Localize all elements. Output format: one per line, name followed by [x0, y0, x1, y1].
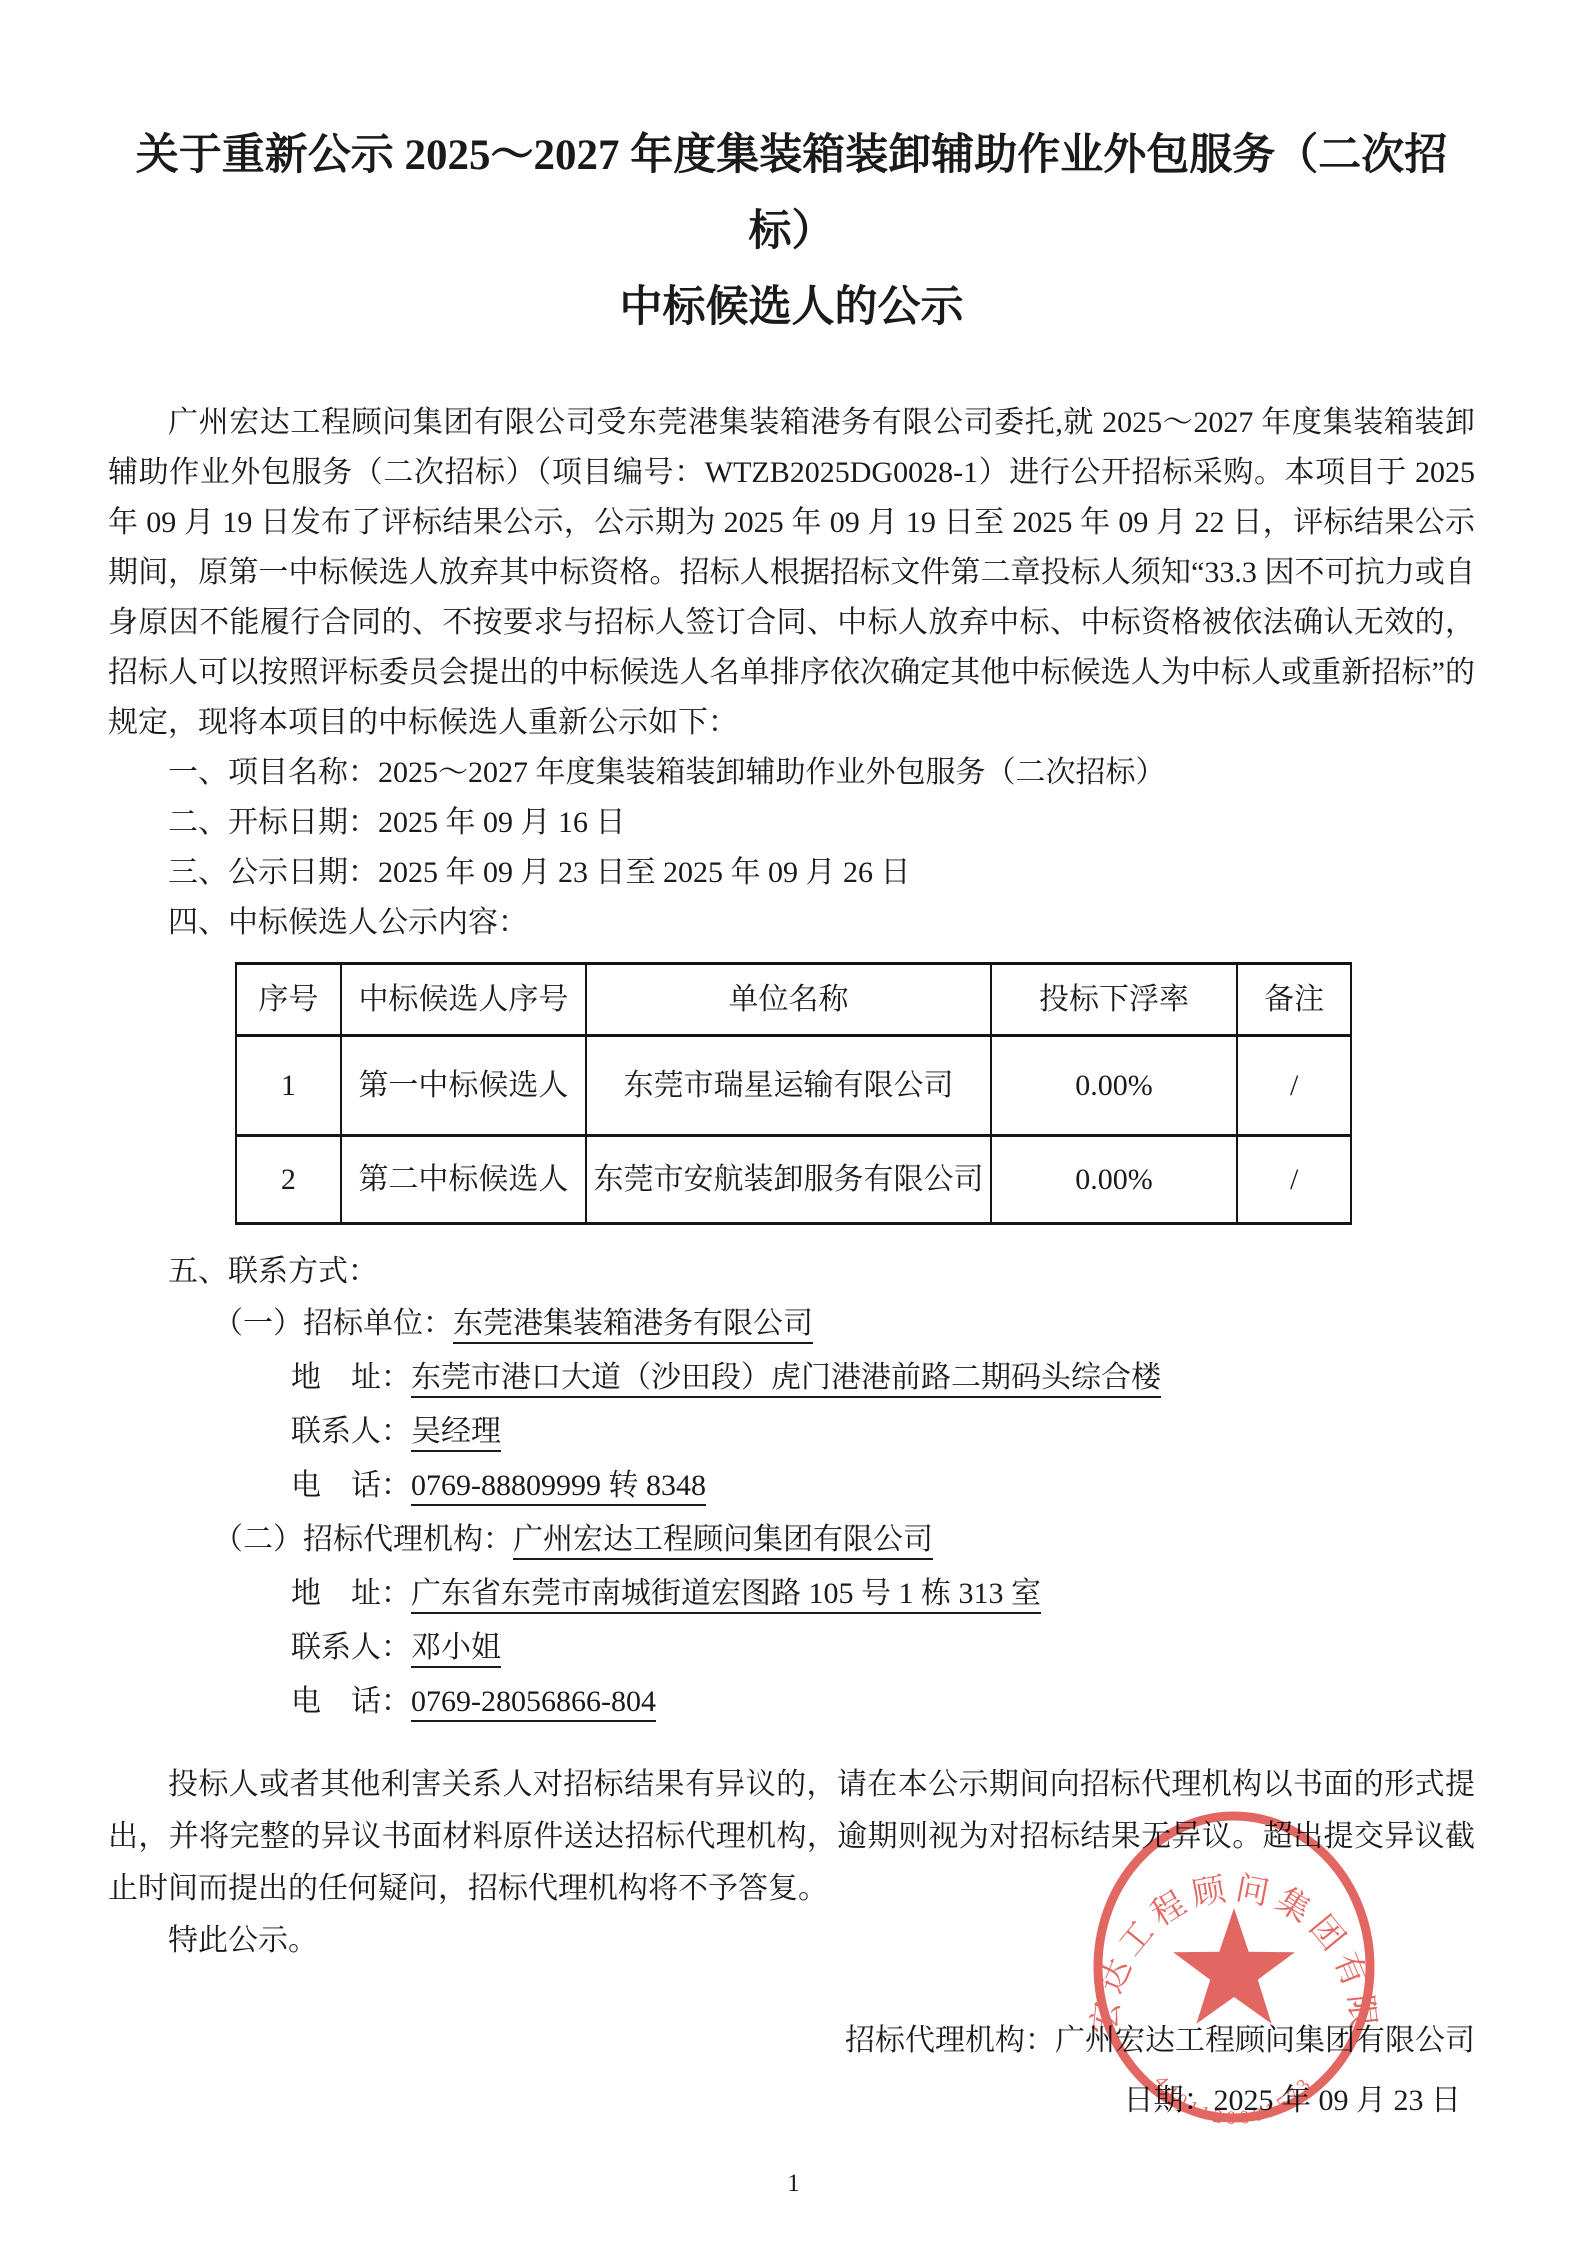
tenderer-person-line: 联系人：吴经理: [108, 1405, 1475, 1459]
candidates-table: 序号 中标候选人序号 单位名称 投标下浮率 备注 1 第一中标候选人 东莞市瑞星…: [235, 962, 1352, 1225]
tenderer-name: 东莞港集装箱港务有限公司: [453, 1307, 813, 1344]
tenderer-phone-line: 电 话：0769-88809999 转 8348: [108, 1459, 1475, 1513]
page-number: 1: [0, 2169, 1587, 2199]
agency-label: （二）招标代理机构：: [213, 1523, 513, 1556]
address-label: 地 址：: [291, 1577, 411, 1610]
agency-name: 广州宏达工程顾问集团有限公司: [513, 1523, 933, 1560]
signature-agency-line: 招标代理机构：广州宏达工程顾问集团有限公司: [108, 2011, 1475, 2071]
announcement-document: 关于重新公示 2025～2027 年度集装箱装卸辅助作业外包服务（二次招标） 中…: [0, 0, 1587, 2245]
cell-discount-rate: 0.00%: [991, 1036, 1237, 1136]
col-header-seq: 序号: [236, 964, 341, 1036]
agency-phone-line: 电 话：0769-28056866-804: [108, 1675, 1475, 1729]
agency-person-line: 联系人：邓小姐: [108, 1621, 1475, 1675]
intro-paragraph: 广州宏达工程顾问集团有限公司受东莞港集装箱港务有限公司委托,就 2025～202…: [108, 398, 1475, 748]
list-item-project-name: 一、项目名称：2025～2027 年度集装箱装卸辅助作业外包服务（二次招标）: [168, 748, 1475, 798]
tenderer-phone: 0769-88809999 转 8348: [411, 1469, 706, 1506]
address-label: 地 址：: [291, 1361, 411, 1394]
tenderer-person: 吴经理: [411, 1415, 501, 1452]
tenderer-name-line: （一）招标单位：东莞港集装箱港务有限公司: [108, 1297, 1475, 1351]
agency-name-line: （二）招标代理机构：广州宏达工程顾问集团有限公司: [108, 1513, 1475, 1567]
table-row: 1 第一中标候选人 东莞市瑞星运输有限公司 0.00% /: [236, 1036, 1351, 1136]
candidates-table-wrapper: 序号 中标候选人序号 单位名称 投标下浮率 备注 1 第一中标候选人 东莞市瑞星…: [235, 962, 1475, 1225]
tenderer-address-line: 地 址：东莞市港口大道（沙田段）虎门港港前路二期码头综合楼: [108, 1351, 1475, 1405]
cell-seq: 1: [236, 1036, 341, 1136]
cell-candidate-rank: 第一中标候选人: [341, 1036, 586, 1136]
objection-paragraph: 投标人或者其他利害关系人对招标结果有异议的，请在本公示期间向招标代理机构以书面的…: [108, 1759, 1475, 1915]
cell-remark: /: [1237, 1036, 1351, 1136]
agency-address: 广东省东莞市南城街道宏图路 105 号 1 栋 313 室: [411, 1577, 1041, 1614]
cell-seq: 2: [236, 1136, 341, 1224]
page-title: 关于重新公示 2025～2027 年度集装箱装卸辅助作业外包服务（二次招标） 中…: [108, 118, 1475, 346]
tenderer-label: （一）招标单位：: [213, 1307, 453, 1340]
list-item-open-date: 二、开标日期：2025 年 09 月 16 日: [168, 798, 1475, 848]
person-label: 联系人：: [291, 1631, 411, 1664]
contact-section-heading: 五、联系方式：: [168, 1247, 1475, 1297]
signature-block: 招标代理机构：广州宏达工程顾问集团有限公司 日期：2025 年 09 月 23 …: [108, 2011, 1475, 2131]
phone-label: 电 话：: [291, 1685, 411, 1718]
page-title-line-1: 关于重新公示 2025～2027 年度集装箱装卸辅助作业外包服务（二次招标）: [108, 118, 1475, 270]
table-header-row: 序号 中标候选人序号 单位名称 投标下浮率 备注: [236, 964, 1351, 1036]
tenderer-address: 东莞市港口大道（沙田段）虎门港港前路二期码头综合楼: [411, 1361, 1161, 1398]
cell-discount-rate: 0.00%: [991, 1136, 1237, 1224]
col-header-candidate-rank: 中标候选人序号: [341, 964, 586, 1036]
col-header-remark: 备注: [1237, 964, 1351, 1036]
cell-company: 东莞市安航装卸服务有限公司: [586, 1136, 991, 1224]
cell-remark: /: [1237, 1136, 1351, 1224]
agency-address-line: 地 址：广东省东莞市南城街道宏图路 105 号 1 栋 313 室: [108, 1567, 1475, 1621]
phone-label: 电 话：: [291, 1469, 411, 1502]
agency-person: 邓小姐: [411, 1631, 501, 1668]
person-label: 联系人：: [291, 1415, 411, 1448]
agency-phone: 0769-28056866-804: [411, 1685, 656, 1722]
list-item-content-heading: 四、中标候选人公示内容：: [168, 898, 1475, 948]
col-header-discount-rate: 投标下浮率: [991, 964, 1237, 1036]
cell-company: 东莞市瑞星运输有限公司: [586, 1036, 991, 1136]
hereby-announced-line: 特此公示。: [108, 1915, 1475, 1967]
page-title-line-2: 中标候选人的公示: [108, 270, 1475, 346]
signature-date-line: 日期：2025 年 09 月 23 日: [108, 2071, 1461, 2131]
list-item-publicity-date: 三、公示日期：2025 年 09 月 23 日至 2025 年 09 月 26 …: [168, 848, 1475, 898]
cell-candidate-rank: 第二中标候选人: [341, 1136, 586, 1224]
col-header-company: 单位名称: [586, 964, 991, 1036]
table-row: 2 第二中标候选人 东莞市安航装卸服务有限公司 0.00% /: [236, 1136, 1351, 1224]
